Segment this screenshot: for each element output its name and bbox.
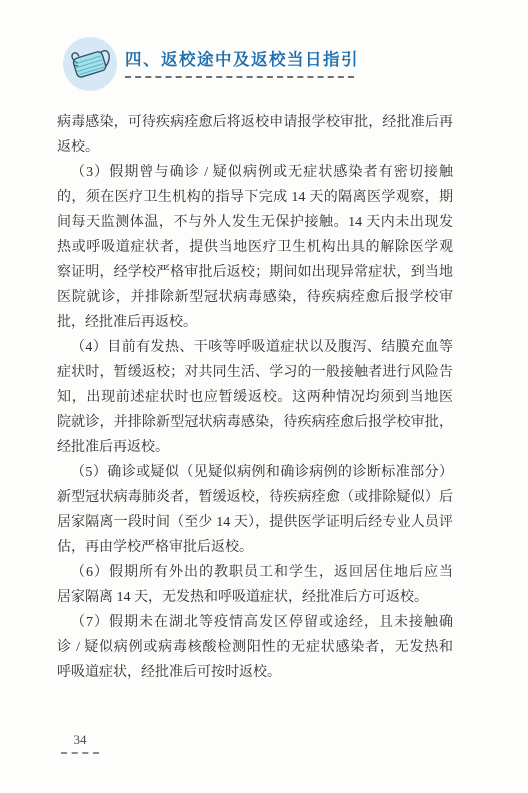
text-line: 经批准后再返校。 <box>57 435 453 460</box>
text-line: 察证明，经学校严格审批后返校；期间如出现异常症状，到当地 <box>57 260 453 285</box>
text-line: 新型冠状病毒肺炎者，暂缓返校，待疾病痊愈（或排除疑似）后 <box>57 485 453 510</box>
text-line: 医院就诊，并排除新型冠状病毒感染，待疾病痊愈后报学校审 <box>57 285 453 310</box>
text-line: 估，再由学校严格审批后返校。 <box>57 535 453 560</box>
text-line: 批，经批准后再返校。 <box>57 310 453 335</box>
text-line: 居家隔离 14 天，无发热和呼吸道症状，经批准后方可返校。 <box>57 585 453 610</box>
text-line: （5）确诊或疑似（见疑似病例和确诊病例的诊断标准部分） <box>57 460 453 485</box>
text-line: 院就诊，并排除新型冠状病毒感染，待疾病痊愈后报学校审批， <box>57 410 453 435</box>
text-line: （7）假期未在湖北等疫情高发区停留或途经，且未接触确 <box>57 610 453 635</box>
text-line: （4）目前有发热、干咳等呼吸道症状以及腹泻、结膜充血等 <box>57 335 453 360</box>
text-line: 病毒感染，可待疾病痊愈后将返校申请报学校审批，经批准后再 <box>57 110 453 135</box>
text-line: 症状时，暂缓返校；对共同生活、学习的一般接触者进行风险告 <box>57 360 453 385</box>
text-line: 诊 / 疑似病例或病毒核酸检测阳性的无症状感染者，无发热和 <box>57 635 453 660</box>
section-header: 四、返校途中及返校当日指引 <box>125 50 385 78</box>
page-number: 34 <box>57 732 103 748</box>
page-header: 四、返校途中及返校当日指引 <box>0 0 528 100</box>
text-line: 返校。 <box>57 135 453 160</box>
text-line: 居家隔离一段时间（至少 14 天），提供医学证明后经专业人员评 <box>57 510 453 535</box>
title-dashed-rule <box>125 76 354 78</box>
face-mask-icon <box>62 36 118 92</box>
text-line: 呼吸道症状，经批准后可按时返校。 <box>57 660 453 685</box>
page-footer: 34 <box>57 732 103 754</box>
text-line: 的，须在医疗卫生机构的指导下完成 14 天的隔离医学观察，期 <box>57 185 453 210</box>
section-title: 四、返校途中及返校当日指引 <box>125 50 385 70</box>
body-text: 病毒感染，可待疾病痊愈后将返校申请报学校审批，经批准后再返校。（3）假期曾与确诊… <box>57 110 453 685</box>
text-line: （6）假期所有外出的教职员工和学生，返回居住地后应当 <box>57 560 453 585</box>
text-line: 间每天监测体温，不与外人发生无保护接触。14 天内未出现发 <box>57 210 453 235</box>
book-page: 四、返校途中及返校当日指引 病毒感染，可待疾病痊愈后将返校申请报学校审批，经批准… <box>0 0 528 793</box>
text-line: （3）假期曾与确诊 / 疑似病例或无症状感染者有密切接触 <box>57 160 453 185</box>
text-line: 热或呼吸道症状者，提供当地医疗卫生机构出具的解除医学观 <box>57 235 453 260</box>
folio-dashed-rule <box>61 752 99 754</box>
text-line: 知，出现前述症状时也应暂缓返校。这两种情况均须到当地医 <box>57 385 453 410</box>
